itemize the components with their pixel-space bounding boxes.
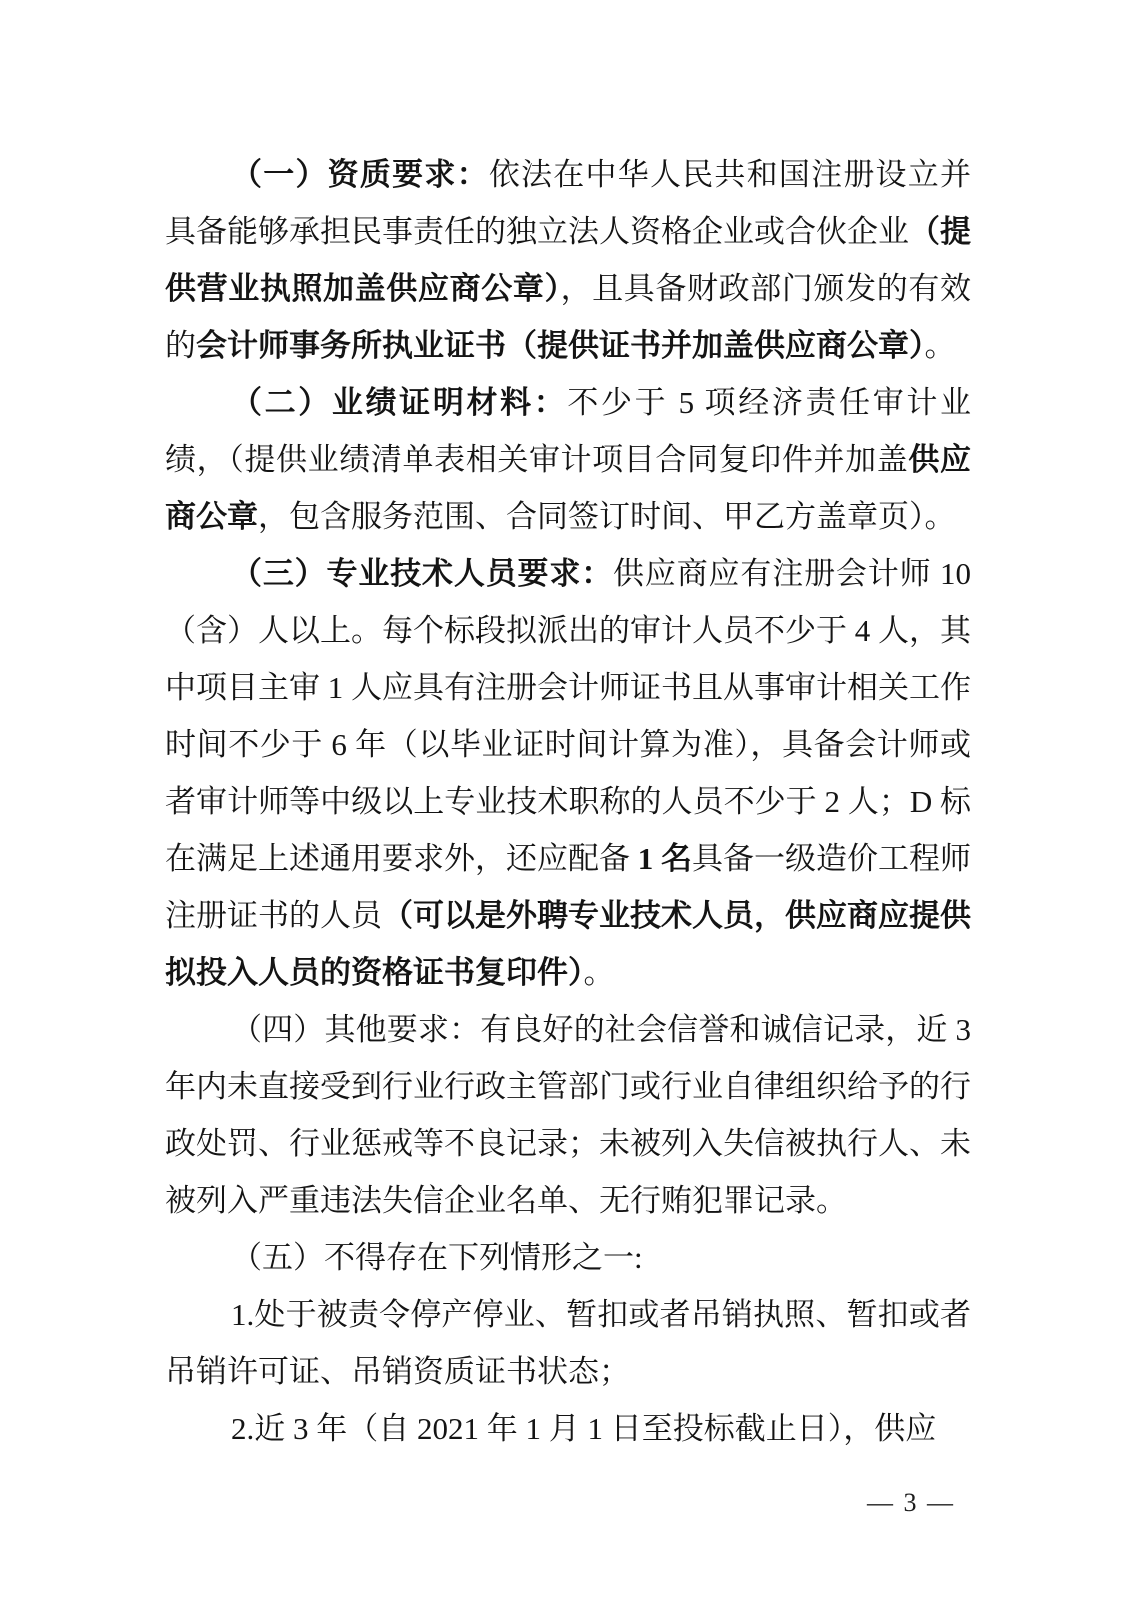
document-page: （一）资质要求：依法在中华人民共和国注册设立并具备能够承担民事责任的独立法人资格… [0,0,1131,1600]
text-run: 供应商应有注册会计师 10（含）人以上。每个标段拟派出的审计人员不少于 4 人，… [165,556,971,876]
document-body: （一）资质要求：依法在中华人民共和国注册设立并具备能够承担民事责任的独立法人资格… [165,146,971,1457]
text-run: 1.处于被责令停产停业、暂扣或者吊销执照、暂扣或者吊销许可证、吊销资质证书状态； [165,1297,971,1389]
text-run: 2.近 3 年（自 2021 年 1 月 1 日至投标截止日），供应 [231,1411,936,1446]
paragraph-item-1-qualification: （一）资质要求：依法在中华人民共和国注册设立并具备能够承担民事责任的独立法人资格… [165,146,971,374]
text-run: （四）其他要求：有良好的社会信誉和诚信记录，近 3 年内未直接受到行业行政主管部… [165,1012,971,1218]
text-run: 。 [584,955,615,990]
text-run: ，包含服务范围、合同签订时间、甲乙方盖章页）。 [258,499,956,534]
paragraph-item-4-other-requirements: （四）其他要求：有良好的社会信誉和诚信记录，近 3 年内未直接受到行业行政主管部… [165,1001,971,1229]
paragraph-item-2-performance-proof: （二）业绩证明材料：不少于 5 项经济责任审计业绩，（提供业绩清单表相关审计项目… [165,374,971,545]
text-run-bold: （二）业绩证明材料： [231,385,567,420]
text-run-bold: 会计师事务所执业证书（提供证书并加盖供应商公章） [196,328,925,363]
text-run-bold: 1 名 [638,841,692,876]
paragraph-item-5-sub-2: 2.近 3 年（自 2021 年 1 月 1 日至投标截止日），供应 [165,1400,971,1457]
text-run: （五）不得存在下列情形之一: [231,1240,643,1275]
paragraph-item-5-prohibited-situations: （五）不得存在下列情形之一: [165,1229,971,1286]
paragraph-item-3-technical-personnel: （三）专业技术人员要求：供应商应有注册会计师 10（含）人以上。每个标段拟派出的… [165,545,971,1001]
page-number: — 3 — [845,1488,977,1518]
text-run-bold: （一）资质要求： [231,157,489,192]
text-run-bold: （三）专业技术人员要求： [231,556,613,591]
text-run: 。 [925,328,956,363]
paragraph-item-5-sub-1: 1.处于被责令停产停业、暂扣或者吊销执照、暂扣或者吊销许可证、吊销资质证书状态； [165,1286,971,1400]
